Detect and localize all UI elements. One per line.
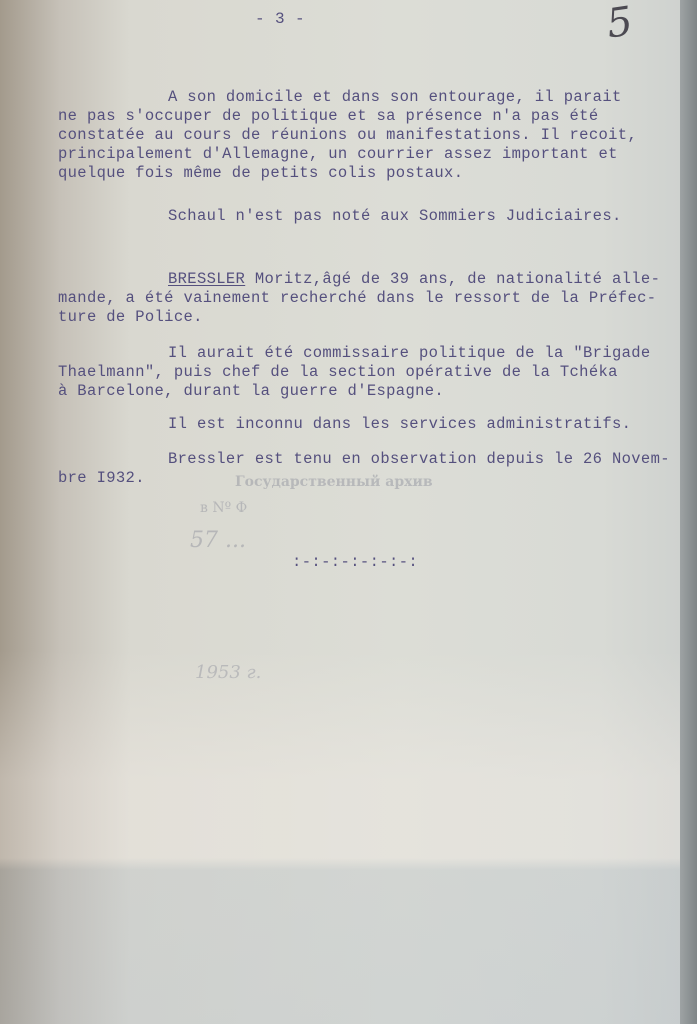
text-line: à Barcelone, durant la guerre d'Espagne. — [58, 382, 678, 401]
text-line: ne pas s'occuper de politique et sa prés… — [58, 107, 678, 126]
background-edge — [680, 0, 697, 1024]
text-line: Il aurait été commissaire politique de l… — [58, 344, 678, 363]
document-page: - 3 - 5 A son domicile et dans son entou… — [0, 0, 680, 1024]
text-fragment: Moritz,âgé de 39 ans, de nationalité all… — [245, 270, 660, 288]
text-line: Schaul n'est pas noté aux Sommiers Judic… — [58, 207, 678, 226]
text-line: principalement d'Allemagne, un courrier … — [58, 145, 678, 164]
text-line: Il est inconnu dans les services adminis… — [58, 415, 678, 434]
text-line: Bressler est tenu en observation depuis … — [58, 450, 678, 469]
surname-underlined: BRESSLER — [168, 270, 245, 288]
page-number: - 3 - — [255, 10, 305, 29]
text-line: Thaelmann", puis chef de la section opér… — [58, 363, 678, 382]
paragraph-schaul-records: Schaul n'est pas noté aux Sommiers Judic… — [58, 207, 678, 226]
text-line: ture de Police. — [58, 308, 678, 327]
paragraph-brigade-thaelmann: Il aurait été commissaire politique de l… — [58, 344, 678, 401]
text-line: A son domicile et dans son entourage, il… — [58, 88, 678, 107]
paragraph-unknown-admin: Il est inconnu dans les services adminis… — [58, 415, 678, 434]
paragraph-domicile: A son domicile et dans son entourage, il… — [58, 88, 678, 183]
text-line: constatée au cours de réunions ou manife… — [58, 126, 678, 145]
text-line: mande, a été vainement recherché dans le… — [58, 289, 678, 308]
section-separator: :-:-:-:-:-:-: — [292, 553, 418, 572]
handwritten-folio-number: 5 — [603, 0, 635, 48]
bleed-through-year: 1953 г. — [195, 662, 261, 683]
bleed-through-stamp: Государственный архив — [235, 474, 433, 490]
text-line: BRESSLER Moritz,âgé de 39 ans, de nation… — [58, 270, 678, 289]
text-line: quelque fois même de petits colis postau… — [58, 164, 678, 183]
paragraph-bressler-identity: BRESSLER Moritz,âgé de 39 ans, de nation… — [58, 270, 678, 327]
bleed-through-text: в Nº Ф — [200, 500, 247, 516]
bleed-through-handwriting: 57 ... — [190, 528, 246, 553]
